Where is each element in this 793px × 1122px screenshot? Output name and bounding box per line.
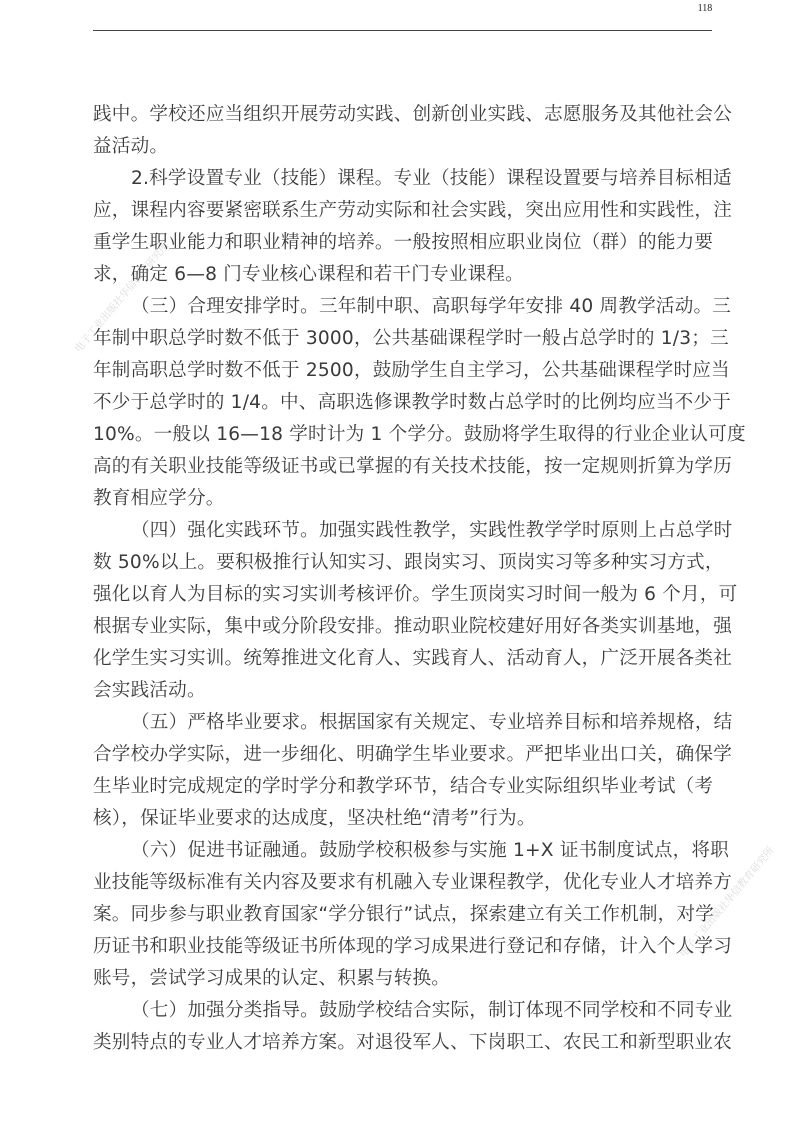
text-line: 10%。一般以 16—18 学时计为 1 个学分。鼓励将学生取得的行业企业认可度 [93,419,713,451]
text-line: 会实践活动。 [93,675,713,707]
text-line: 强化以育人为目标的实习实训考核评价。学生顶岗实习时间一般为 6 个月，可 [93,579,713,611]
text-line: 2.科学设置专业（技能）课程。专业（技能）课程设置要与培养目标相适 [93,163,713,195]
text-line: 年制中职总学时数不低于 3000，公共基础课程学时一般占总学时的 1/3；三 [93,323,713,355]
text-line: 根据专业实际，集中或分阶段安排。推动职业院校建好用好各类实训基地，强 [93,611,713,643]
text-line: 账号，尝试学习成果的认定、积累与转换。 [93,963,713,995]
text-line: （三）合理安排学时。三年制中职、高职每学年安排 40 周教学活动。三 [93,291,713,323]
text-line: （六）促进书证融通。鼓励学校积极参与实施 1+X 证书制度试点，将职 [93,835,713,867]
text-line: 践中。学校还应当组织开展劳动实践、创新创业实践、志愿服务及其他社会公 [93,99,713,131]
paragraph-p0: 践中。学校还应当组织开展劳动实践、创新创业实践、志愿服务及其他社会公益活动。 [93,99,713,163]
text-line: （四）强化实践环节。加强实践性教学，实践性教学学时原则上占总学时 [93,515,713,547]
paragraph-p6: （七）加强分类指导。鼓励学校结合实际，制订体现不同学校和不同专业类别特点的专业人… [93,995,713,1059]
text-line: 高的有关职业技能等级证书或已掌握的有关技术技能，按一定规则折算为学历 [93,451,713,483]
paragraph-p5: （六）促进书证融通。鼓励学校积极参与实施 1+X 证书制度试点，将职业技能等级标… [93,835,713,995]
paragraph-p2: （三）合理安排学时。三年制中职、高职每学年安排 40 周教学活动。三年制中职总学… [93,291,713,515]
text-line: 案。同步参与职业教育国家“学分银行”试点，探索建立有关工作机制，对学 [93,899,713,931]
text-line: 年制高职总学时数不低于 2500，鼓励学生自主学习，公共基础课程学时应当 [93,355,713,387]
paragraph-p4: （五）严格毕业要求。根据国家有关规定、专业培养目标和培养规格，结合学校办学实际，… [93,707,713,835]
text-line: 求，确定 6—8 门专业核心课程和若干门专业课程。 [93,259,713,291]
text-line: 益活动。 [93,131,713,163]
text-line: 生毕业时完成规定的学时学分和教学环节，结合专业实际组织毕业考试（考 [93,771,713,803]
text-line: 重学生职业能力和职业精神的培养。一般按照相应职业岗位（群）的能力要 [93,227,713,259]
text-line: 历证书和职业技能等级证书所体现的学习成果进行登记和存储，计入个人学习 [93,931,713,963]
paragraph-p3: （四）强化实践环节。加强实践性教学，实践性教学学时原则上占总学时数 50%以上。… [93,515,713,707]
text-line: 核），保证毕业要求的达成度，坚决杜绝“清考”行为。 [93,803,713,835]
text-line: （五）严格毕业要求。根据国家有关规定、专业培养目标和培养规格，结 [93,707,713,739]
text-line: 应，课程内容要紧密联系生产劳动实际和社会实践，突出应用性和实践性，注 [93,195,713,227]
text-line: 类别特点的专业人才培养方案。对退役军人、下岗职工、农民工和新型职业农 [93,1027,713,1059]
text-line: 业技能等级标准有关内容及要求有机融入专业课程教学，优化专业人才培养方 [93,867,713,899]
paragraph-p1: 2.科学设置专业（技能）课程。专业（技能）课程设置要与培养目标相适应，课程内容要… [93,163,713,291]
text-line: 数 50%以上。要积极推行认知实习、跟岗实习、顶岗实习等多种实习方式， [93,547,713,579]
text-line: 不少于总学时的 1/4。中、高职选修课教学时数占总学时的比例均应当不少于 [93,387,713,419]
text-line: 化学生实习实训。统筹推进文化育人、实践育人、活动育人，广泛开展各类社 [93,643,713,675]
header-rule [93,30,712,31]
text-line: 合学校办学实际，进一步细化、明确学生毕业要求。严把毕业出口关，确保学 [93,739,713,771]
page-number: 118 [690,3,720,14]
text-line: 教育相应学分。 [93,483,713,515]
document-body: 践中。学校还应当组织开展劳动实践、创新创业实践、志愿服务及其他社会公益活动。2.… [93,99,713,1059]
text-line: （七）加强分类指导。鼓励学校结合实际，制订体现不同学校和不同专业 [93,995,713,1027]
